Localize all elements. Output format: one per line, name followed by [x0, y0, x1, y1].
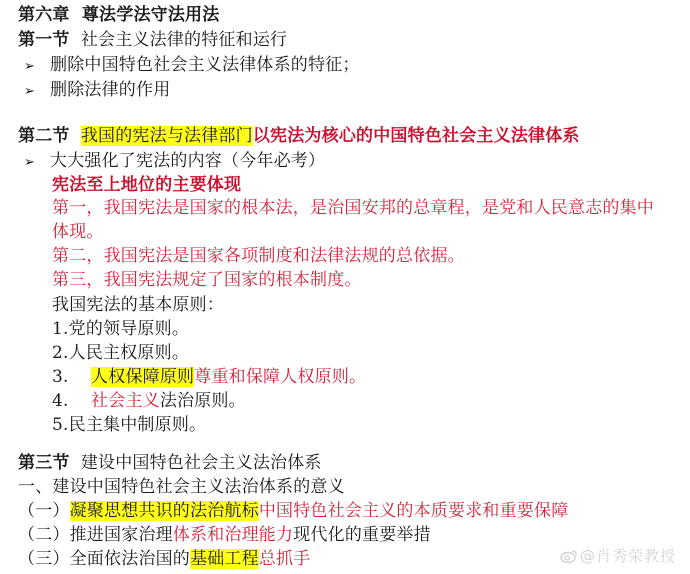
section3-number: 第三节 [18, 453, 70, 473]
section1-item-text: 删除中国特色社会主义法律体系的特征； [50, 55, 360, 75]
section1-item: ➢删除法律的作用 [24, 79, 170, 103]
principle-number: 5. [52, 415, 69, 435]
section2-bullet: ➢大大强化了宪法的内容（今年必考） [24, 150, 325, 174]
section2-heading: 第二节 我国的宪法与法律部门以宪法为核心的中国特色社会主义法律体系 [18, 125, 580, 147]
document-page: 第六章 尊法学法守法用法 第一节 社会主义法律的特征和运行 ➢删除中国特色社会主… [0, 0, 690, 574]
section2-title-red: 以宪法为核心的中国特色社会主义法律体系 [253, 126, 580, 146]
principle-red-text: 尊重和保障人权原则。 [194, 367, 366, 387]
principle-number: 3. [52, 367, 69, 387]
principle-number: 2. [52, 343, 69, 363]
item-red-text: 总抓手 [259, 549, 311, 569]
principle-text: 民主集中制原则。 [69, 415, 207, 435]
section3-item: （三）全面依法治国的基础工程总抓手 [18, 548, 310, 570]
section1-item-text: 删除法律的作用 [50, 80, 170, 100]
principle-text: 法治原则。 [160, 391, 246, 411]
arrow-bullet-icon: ➢ [24, 81, 50, 103]
principle-highlight: 人权保障原则 [91, 367, 194, 387]
section1-number: 第一节 [18, 30, 70, 50]
watermark: @肖秀荣教授 [560, 545, 676, 566]
item-highlight: 基础工程 [190, 549, 259, 569]
section2-point: 第一，我国宪法是国家的根本法，是治国安邦的总章程，是党和人民意志的集中 [52, 197, 654, 219]
principle-number: 1. [52, 319, 69, 339]
item-number: （二） [18, 525, 70, 545]
item-text: 现代化的重要举措 [293, 525, 431, 545]
section3-title: 建设中国特色社会主义法治体系 [81, 453, 322, 473]
section3-heading: 第三节 建设中国特色社会主义法治体系 [18, 452, 322, 474]
section2-number: 第二节 [18, 126, 70, 146]
item-number: （一） [18, 501, 70, 521]
arrow-bullet-icon: ➢ [24, 56, 50, 78]
chapter-number: 第六章 [18, 5, 70, 25]
principle-red-text: 社会主义 [91, 391, 160, 411]
principle-item: 3. 人权保障原则尊重和保障人权原则。 [52, 366, 366, 388]
watermark-text: @肖秀荣教授 [580, 547, 676, 565]
section3-subheading: 一、建设中国特色社会主义法治体系的意义 [18, 476, 345, 498]
principle-item: 2.人民主权原则。 [52, 342, 189, 364]
arrow-bullet-icon: ➢ [24, 152, 50, 174]
section3-item: （一）凝聚思想共识的法治航标中国特色社会主义的本质要求和重要保障 [18, 500, 568, 522]
chapter-name: 尊法学法守法用法 [82, 5, 220, 25]
principle-text: 党的领导原则。 [69, 319, 189, 339]
principles-heading: 我国宪法的基本原则： [52, 294, 224, 316]
principle-item: 5.民主集中制原则。 [52, 414, 206, 436]
section1-title: 社会主义法律的特征和运行 [81, 30, 287, 50]
principle-text: 人民主权原则。 [69, 343, 189, 363]
section3-item: （二）推进国家治理体系和治理能力现代化的重要举措 [18, 524, 431, 546]
section2-subheading: 宪法至上地位的主要体现 [52, 174, 241, 196]
weibo-icon [560, 547, 578, 565]
item-text: 全面依法治国的 [70, 549, 190, 569]
item-highlight: 凝聚思想共识的法治航标 [70, 501, 259, 521]
item-red-text: 体系和治理能力 [173, 525, 293, 545]
section2-point: 第三，我国宪法规定了国家的根本制度。 [52, 269, 362, 291]
principle-item: 4. 社会主义法治原则。 [52, 390, 246, 412]
section2-point: 体现。 [52, 221, 104, 243]
chapter-title: 第六章 尊法学法守法用法 [18, 4, 219, 26]
section1-item: ➢删除中国特色社会主义法律体系的特征； [24, 54, 360, 78]
item-text: 推进国家治理 [70, 525, 173, 545]
item-number: （三） [18, 549, 70, 569]
principle-item: 1.党的领导原则。 [52, 318, 189, 340]
item-red-text: 中国特色社会主义的本质要求和重要保障 [259, 501, 569, 521]
section2-bullet-text: 大大强化了宪法的内容（今年必考） [50, 151, 325, 171]
section2-point: 第二，我国宪法是国家各项制度和法律法规的总依据。 [52, 245, 465, 267]
section1-heading: 第一节 社会主义法律的特征和运行 [18, 29, 287, 51]
principle-number: 4. [52, 391, 69, 411]
section2-title-highlight: 我国的宪法与法律部门 [81, 126, 253, 146]
